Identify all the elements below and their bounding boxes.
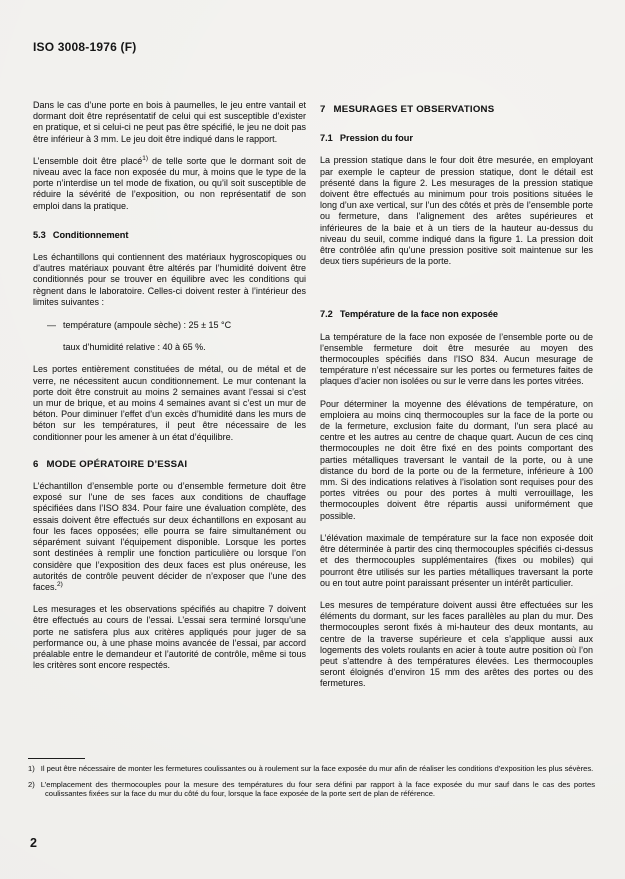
paragraph: Les échantillons qui contiennent des mat… <box>33 252 306 308</box>
footnote-separator-rule <box>28 758 85 759</box>
footnote-reference-mark: 1) <box>142 155 148 162</box>
footnote-2-marker: 2) <box>28 780 41 789</box>
page-number: 2 <box>30 836 37 850</box>
section-heading: 7.1 Pression du four <box>320 133 593 144</box>
list-item-continuation: taux d’humidité relative : 40 à 65 %. <box>33 342 306 353</box>
section-heading: 5.3 Conditionnement <box>33 230 306 241</box>
right-column: 7 MESURAGES ET OBSERVATIONS7.1 Pression … <box>320 100 593 690</box>
paragraph: Pour déterminer la moyenne des élévation… <box>320 399 593 522</box>
paragraph: L’ensemble doit être placé1) de telle so… <box>33 156 306 212</box>
footnote-2: 2)L’emplacement des thermocouples pour l… <box>28 780 595 799</box>
section-heading: 7.2 Température de la face non exposée <box>320 309 593 320</box>
footnote-1-text: Il peut être nécessaire de monter les fe… <box>41 764 594 773</box>
left-column: Dans le cas d’une porte en bois à paumel… <box>33 100 306 671</box>
document-reference-header: ISO 3008-1976 (F) <box>33 40 136 54</box>
paragraph: La pression statique dans le four doit ê… <box>320 155 593 267</box>
footnote-1: 1)Il peut être nécessaire de monter les … <box>28 764 595 774</box>
document-page: ISO 3008-1976 (F) Dans le cas d’une port… <box>0 0 625 879</box>
paragraph: La température de la face non exposée de… <box>320 332 593 388</box>
paragraph: L’élévation maximale de température sur … <box>320 533 593 589</box>
paragraph: L’échantillon d’ensemble porte ou d’ense… <box>33 481 306 593</box>
footnote-reference-mark: 2) <box>57 581 63 588</box>
paragraph: Les mesures de température doivent aussi… <box>320 600 593 690</box>
paragraph: Dans le cas d’une porte en bois à paumel… <box>33 100 306 145</box>
list-item: — température (ampoule sèche) : 25 ± 15 … <box>33 320 306 331</box>
footnotes-section: 1)Il peut être nécessaire de monter les … <box>28 758 595 805</box>
chapter-heading: 6 MODE OPÉRATOIRE D’ESSAI <box>33 459 306 470</box>
paragraph: Les portes entièrement constituées de mé… <box>33 364 306 442</box>
paragraph: Les mesurages et les observations spécif… <box>33 604 306 671</box>
footnote-2-text: L’emplacement des thermocouples pour la … <box>41 780 595 799</box>
footnote-1-marker: 1) <box>28 764 41 773</box>
chapter-heading: 7 MESURAGES ET OBSERVATIONS <box>320 104 593 115</box>
